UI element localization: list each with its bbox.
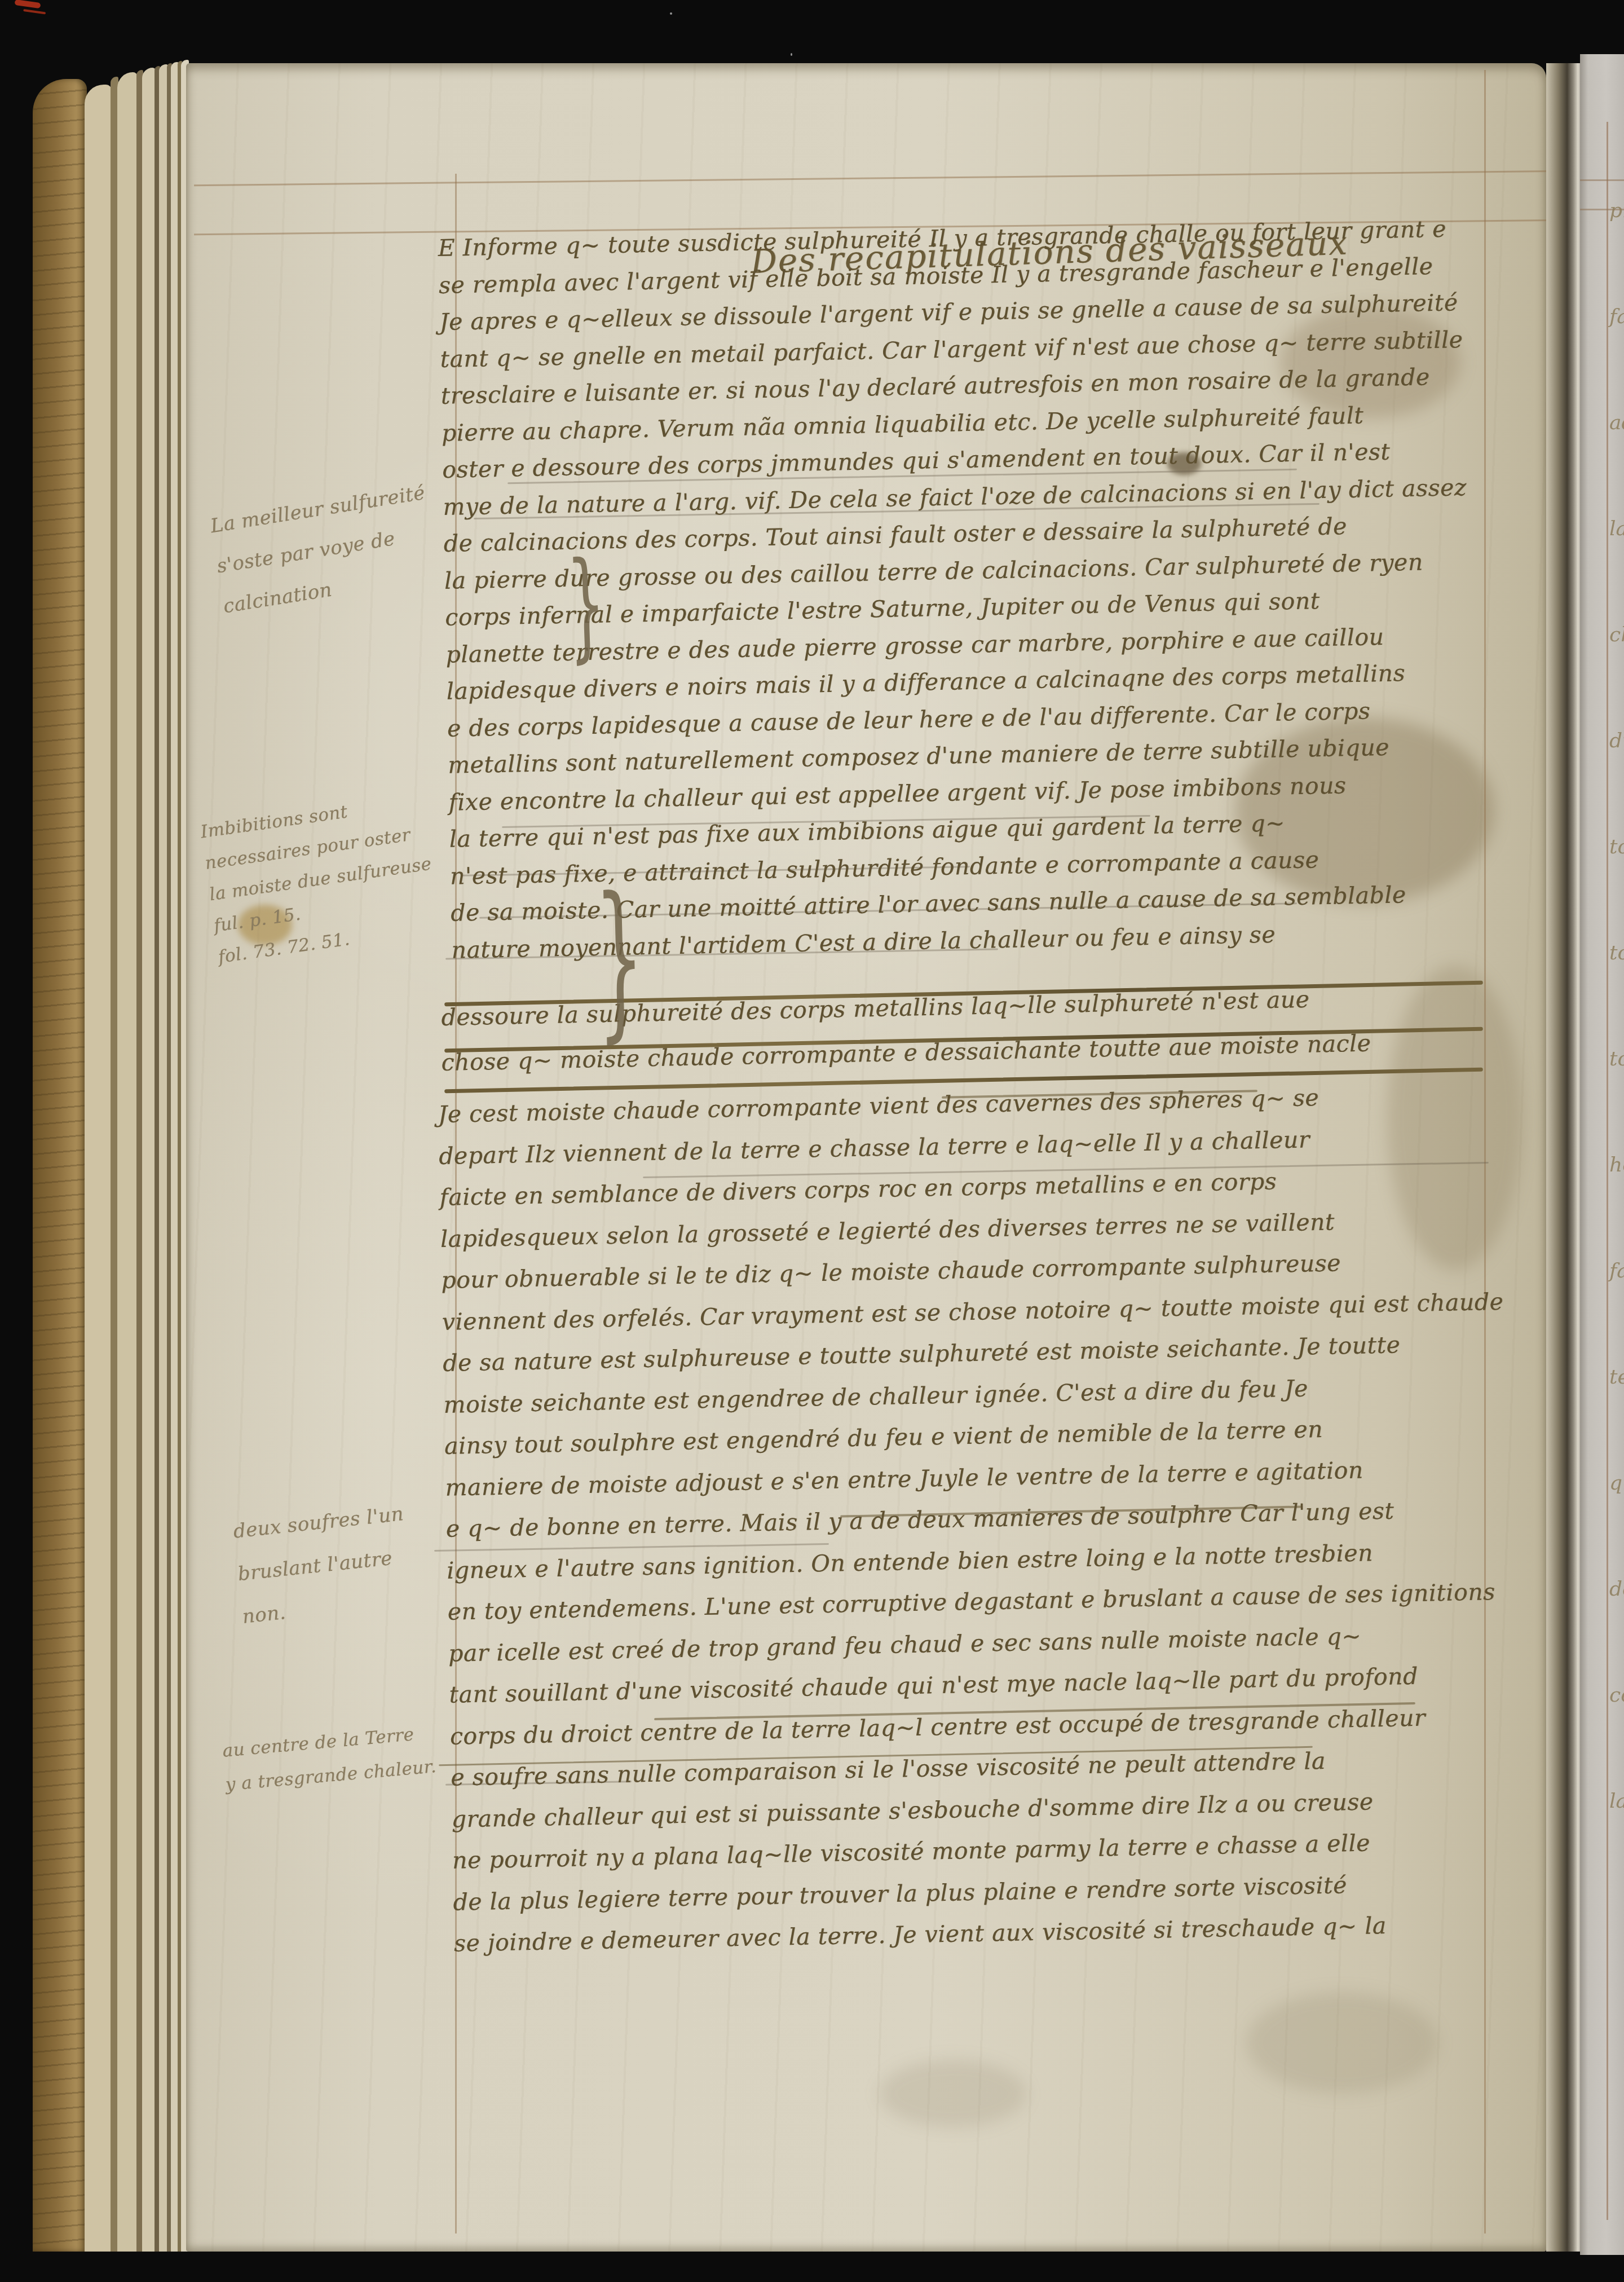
- text-fragment: ch: [1609, 624, 1624, 646]
- text-fragment: co: [1609, 1684, 1624, 1707]
- red-ink-mark: [15, 0, 41, 8]
- bracketed-line: chose q~ moiste chaude corrompante e des…: [441, 1029, 1371, 1076]
- facing-ruled-line: [1580, 179, 1624, 181]
- body-text-block-2: Je cest moiste chaude corrompante vient …: [438, 1074, 1516, 1964]
- book-gutter: [1546, 63, 1580, 2252]
- book-edge-leaf: [142, 68, 156, 2252]
- text-fragment: ad: [1609, 412, 1624, 434]
- text-fragment: pr: [1609, 200, 1624, 222]
- text-fragment: fa: [1609, 1260, 1624, 1283]
- brace-icon: }: [565, 533, 607, 676]
- margin-note-deux-soufres: deux soufres l'unbruslant l'autrenon.: [231, 1492, 414, 1638]
- text-fragment: he: [1609, 1154, 1624, 1177]
- bracketed-line: dessoure la sulphureité des corps metall…: [441, 986, 1310, 1031]
- text-fragment: fa: [1609, 306, 1624, 328]
- dust-speck: [791, 53, 792, 56]
- manuscript-page: Des recapitulations des vaisseaux E Info…: [186, 63, 1546, 2252]
- stain: [880, 2060, 1026, 2127]
- text-fragment: la: [1609, 1790, 1624, 1813]
- text-fragment: te: [1609, 1366, 1624, 1389]
- manuscript-photo: Des recapitulations des vaisseaux E Info…: [0, 0, 1624, 2282]
- text-fragment: la: [1609, 518, 1624, 540]
- brace-icon: }: [593, 857, 646, 1060]
- book-edge-leaf-outer: [33, 79, 87, 2252]
- book-edge-leaf: [117, 72, 138, 2252]
- ruled-line-top: [194, 169, 1624, 186]
- text-fragment: tou: [1609, 1048, 1624, 1070]
- margin-note-imbibitions: Imbibitions sontnecessaires pour osterla…: [198, 786, 443, 973]
- margin-note-centre-terre: au centre de la Terrey a tresgrande chal…: [221, 1716, 438, 1801]
- dust-speck: [670, 12, 672, 15]
- text-fragment: to: [1609, 836, 1624, 858]
- text-fragment: ton: [1609, 942, 1624, 964]
- facing-ruled-line: [1607, 122, 1608, 2220]
- margin-note-calcination: La meilleur sulfureités'oste par voye de…: [208, 473, 441, 627]
- text-fragment: q~: [1609, 1472, 1624, 1495]
- text-fragment: de: [1609, 1578, 1624, 1601]
- facing-page-text-fragments: prfaadlachdutotontouhefateq~decola: [1609, 200, 1624, 1813]
- text-fragment: du: [1609, 730, 1624, 752]
- facing-page-edge: prfaadlachdutotontouhefateq~decola: [1580, 54, 1624, 2255]
- stain: [1246, 1992, 1438, 2094]
- book-edge-leaf: [85, 85, 112, 2252]
